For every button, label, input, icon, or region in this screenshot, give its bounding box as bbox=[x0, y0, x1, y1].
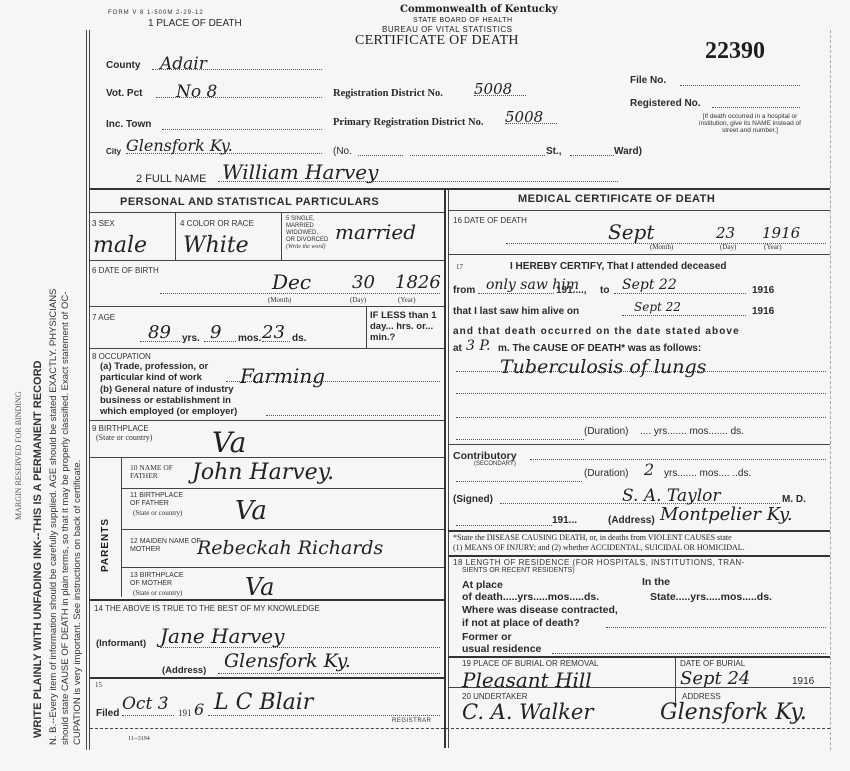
sex-value: male bbox=[93, 233, 147, 258]
cause-line-3 bbox=[456, 406, 826, 418]
dob-year-caption: (Year) bbox=[398, 296, 416, 304]
full-name-label: 2 FULL NAME bbox=[136, 173, 207, 185]
dob-year: 1826 bbox=[395, 272, 441, 293]
street-name-field bbox=[410, 146, 545, 156]
instructions-line-1: N. B.--Every item of information should … bbox=[48, 289, 59, 745]
occupation-field: Farming bbox=[226, 364, 440, 382]
date-of-death-label: 16 DATE OF DEATH bbox=[453, 216, 527, 225]
informant-address-label: (Address) bbox=[162, 665, 206, 676]
former-label-1: Former or bbox=[462, 631, 512, 643]
ds-label: ds. bbox=[292, 333, 306, 344]
divider bbox=[90, 677, 444, 679]
divider bbox=[90, 348, 444, 349]
marital-label-2: MARRIED bbox=[286, 223, 328, 230]
sign-date-field bbox=[456, 516, 552, 526]
race-label: 4 COLOR OR RACE bbox=[180, 219, 254, 228]
divider bbox=[281, 212, 282, 260]
registered-no-field bbox=[712, 96, 800, 108]
inc-town-field bbox=[162, 118, 322, 130]
last-saw-year: 1916 bbox=[752, 306, 774, 317]
contracted-label-1: Where was disease contracted, bbox=[462, 604, 618, 616]
former-residence-field bbox=[552, 644, 826, 654]
last-saw-field: Sept 22 bbox=[622, 298, 746, 316]
footnote-2: (1) MEANS OF INJURY; and (2) whether ACC… bbox=[453, 543, 745, 552]
personal-section-title: PERSONAL AND STATISTICAL PARTICULARS bbox=[120, 196, 379, 208]
filing-number: 15 bbox=[95, 681, 102, 689]
former-label-2: usual residence bbox=[462, 643, 541, 655]
city-field: Glensfork Ky. bbox=[126, 136, 322, 154]
in-state-label-2: State.....yrs.....mos.....ds. bbox=[650, 591, 772, 603]
registrar-value: L C Blair bbox=[214, 690, 313, 715]
form-footer: 11--3194 bbox=[128, 736, 150, 742]
father-name-label: 10 NAME OF FATHER bbox=[130, 464, 190, 480]
divider bbox=[90, 306, 444, 307]
divider bbox=[121, 529, 444, 530]
primary-reg-district-field: 5008 bbox=[505, 108, 557, 124]
divider bbox=[175, 212, 176, 260]
divider bbox=[448, 656, 830, 658]
commonwealth-heading: Commonwealth of Kentucky bbox=[400, 4, 558, 15]
informant-address-field: Glensfork Ky. bbox=[218, 650, 440, 674]
contributory-duration-label: (Duration) bbox=[584, 468, 628, 479]
duration-suffix: .... yrs....... mos....... ds. bbox=[640, 426, 744, 437]
inc-town-label: Inc. Town bbox=[106, 119, 151, 130]
file-no-label: File No. bbox=[630, 75, 666, 86]
to-field: Sept 22 bbox=[614, 276, 746, 294]
reg-district-field: 5008 bbox=[474, 80, 526, 96]
signed-label: (Signed) bbox=[453, 494, 493, 505]
informant-field: Jane Harvey bbox=[160, 624, 440, 648]
occurred-text: and that death occurred on the date stat… bbox=[453, 326, 740, 337]
informant-statement: 14 THE ABOVE IS TRUE TO THE BEST OF MY K… bbox=[94, 604, 320, 613]
filed-year-suffix: 6 bbox=[194, 700, 204, 719]
city-label: City bbox=[106, 147, 121, 156]
divider bbox=[448, 555, 830, 557]
informant-label: (Informant) bbox=[96, 638, 146, 649]
full-name-value: William Harvey bbox=[222, 160, 378, 184]
occupation-a: (a) Trade, profession, or bbox=[100, 361, 208, 372]
filed-year-prefix: 191 bbox=[178, 708, 192, 718]
age-days: 23 bbox=[262, 322, 285, 343]
age-label: 7 AGE bbox=[92, 313, 115, 322]
physician-address-label: (Address) bbox=[608, 515, 655, 526]
mother-birthplace-label: 13 BIRTHPLACE OF MOTHER bbox=[130, 572, 190, 588]
ward-label: Ward) bbox=[614, 146, 642, 157]
divider bbox=[90, 188, 830, 190]
divider bbox=[448, 530, 830, 532]
burial-place-value: Pleasant Hill bbox=[462, 668, 592, 692]
birthplace-label: 9 BIRTHPLACE bbox=[92, 424, 149, 433]
occupation-value: Farming bbox=[240, 364, 325, 388]
divider bbox=[90, 728, 830, 729]
age-years-field: 89 bbox=[140, 322, 180, 342]
reg-district-label: Registration District No. bbox=[333, 88, 443, 99]
marital-label-4: OR DIVORCED bbox=[286, 237, 328, 244]
form-code: FORM V 8 1-500M 2-29-12 bbox=[108, 10, 204, 16]
divider bbox=[90, 420, 444, 421]
death-year-caption: (Year) bbox=[764, 243, 782, 251]
occupation-b2: business or establishment in bbox=[100, 395, 231, 406]
dob-month: Dec bbox=[272, 270, 311, 294]
employer-field bbox=[266, 406, 440, 416]
no-label: (No. bbox=[333, 146, 352, 157]
from-label: from bbox=[453, 285, 475, 296]
instructions-line-2: should state CAUSE OF DEATH in plain ter… bbox=[60, 292, 71, 745]
border-line bbox=[89, 30, 90, 750]
burial-date-label: DATE OF BURIAL bbox=[680, 659, 745, 668]
dob-month-caption: (Month) bbox=[268, 296, 291, 304]
contracted-label-2: if not at place of death? bbox=[462, 617, 580, 629]
sign-year: 191... bbox=[552, 515, 577, 526]
binding-note: MARGIN RESERVED FOR BINDING bbox=[14, 392, 23, 520]
registrar-label: REGISTRAR bbox=[392, 718, 432, 724]
cause-value: Tuberculosis of lungs bbox=[500, 356, 706, 378]
residence-label-1: 18 LENGTH OF RESIDENCE (FOR HOSPITALS, I… bbox=[453, 558, 745, 567]
death-certificate: MARGIN RESERVED FOR BINDING WRITE PLAINL… bbox=[0, 0, 850, 771]
marital-label-5: (Write the word) bbox=[286, 244, 328, 251]
county-label: County bbox=[106, 60, 140, 71]
footnote-1: *State the DISEASE CAUSING DEATH, or, in… bbox=[453, 533, 732, 542]
informant-address-value: Glensfork Ky. bbox=[224, 650, 351, 672]
registered-no-label: Registered No. bbox=[630, 98, 701, 109]
certificate-number: 22390 bbox=[705, 38, 765, 65]
occupation-b3: which employed (or employer) bbox=[100, 406, 237, 417]
contributory-duration-years: 2 bbox=[644, 460, 654, 479]
city-value: Glensfork Ky. bbox=[126, 136, 233, 155]
to-label: to bbox=[600, 285, 609, 296]
column-divider bbox=[444, 188, 446, 748]
cause-text: m. The CAUSE OF DEATH* was as follows: bbox=[498, 343, 701, 354]
vot-pct-field: No 8 bbox=[156, 82, 322, 98]
filed-date-field: Oct 3 bbox=[122, 694, 174, 716]
contracted-field bbox=[606, 618, 826, 628]
contributory-duration-field bbox=[456, 470, 582, 482]
burial-place-label: 19 PLACE OF BURIAL OR REMOVAL bbox=[462, 659, 598, 668]
primary-reg-district-value: 5008 bbox=[505, 108, 543, 126]
at-place-label-1: At place bbox=[462, 579, 503, 591]
filed-label: Filed bbox=[96, 708, 119, 719]
secondary-label: (SECONDARY) bbox=[474, 461, 516, 467]
burial-date-value: Sept 24 bbox=[680, 668, 750, 689]
border-line bbox=[830, 30, 831, 750]
county-field: Adair bbox=[152, 54, 322, 70]
from-field: only saw him bbox=[478, 276, 554, 294]
divider bbox=[90, 599, 444, 601]
last-saw-value: Sept 22 bbox=[634, 300, 681, 314]
full-name-field: William Harvey bbox=[218, 160, 618, 182]
divider bbox=[90, 260, 444, 261]
divider bbox=[448, 687, 830, 688]
father-birthplace-value: Va bbox=[235, 496, 267, 526]
divider bbox=[366, 306, 367, 348]
marital-label-3: WIDOWED, bbox=[286, 230, 328, 237]
physician-address-value: Montpelier Ky. bbox=[660, 504, 793, 525]
hospital-note: [If death occurred in a hospital or inst… bbox=[695, 113, 805, 134]
divider bbox=[448, 254, 830, 255]
vot-pct-label: Vot. Pct bbox=[106, 88, 142, 99]
divider bbox=[121, 488, 444, 489]
signed-field: S. A. Taylor bbox=[500, 486, 780, 504]
county-value: Adair bbox=[160, 54, 207, 74]
duration-label: (Duration) bbox=[584, 426, 628, 437]
signed-value: S. A. Taylor bbox=[622, 486, 721, 506]
ink-note: WRITE PLAINLY WITH UNFADING INK--THIS IS… bbox=[32, 361, 44, 738]
father-name-value: John Harvey. bbox=[192, 460, 334, 485]
place-of-death-label: 1 PLACE OF DEATH bbox=[148, 18, 242, 29]
binding-margin: MARGIN RESERVED FOR BINDING WRITE PLAINL… bbox=[0, 0, 90, 771]
at-place-label-2: of death.....yrs.....mos.....ds. bbox=[462, 591, 599, 603]
border-line bbox=[86, 30, 87, 750]
divider bbox=[90, 212, 444, 213]
at-label: at bbox=[453, 343, 462, 354]
race-value: White bbox=[183, 233, 249, 258]
age-years: 89 bbox=[148, 322, 171, 343]
occupation-label: 8 OCCUPATION bbox=[92, 352, 151, 361]
registrar-field: L C Blair bbox=[208, 690, 440, 716]
marital-label-1: 5 SINGLE, bbox=[286, 216, 328, 223]
in-state-label-1: In the bbox=[642, 576, 670, 588]
yrs-label: yrs. bbox=[182, 333, 200, 344]
duration-field bbox=[456, 428, 584, 440]
certify-number: 17 bbox=[456, 263, 463, 271]
informant-value: Jane Harvey bbox=[160, 624, 284, 648]
death-month-caption: (Month) bbox=[650, 243, 673, 251]
marital-label: 5 SINGLE, MARRIED WIDOWED, OR DIVORCED (… bbox=[286, 216, 328, 251]
dob-day: 30 bbox=[352, 272, 375, 293]
father-birthplace-label: 11 BIRTHPLACE OF FATHER bbox=[130, 492, 190, 508]
file-no-field bbox=[680, 74, 800, 86]
age-months-field: 9 bbox=[204, 322, 236, 342]
birthplace-value: Va bbox=[212, 426, 246, 459]
st-label: St., bbox=[546, 146, 562, 157]
divider bbox=[448, 444, 830, 445]
cause-line-1: Tuberculosis of lungs bbox=[456, 356, 826, 372]
less-than-day-note: IF LESS than 1 day... hrs. or... min.? bbox=[370, 310, 440, 343]
to-year: 1916 bbox=[752, 285, 774, 296]
ward-field bbox=[570, 146, 614, 156]
undertaker-address-value: Glensfork Ky. bbox=[660, 700, 807, 725]
divider bbox=[121, 567, 444, 568]
occupation-b: (b) General nature of industry bbox=[100, 384, 234, 395]
burial-year: 1916 bbox=[792, 676, 814, 687]
time-value: 3 P. bbox=[466, 338, 490, 354]
contributory-duration-suffix: yrs....... mos.... ..ds. bbox=[664, 468, 751, 479]
residence-label-2: SIENTS OR RECENT RESIDENTS) bbox=[462, 567, 575, 574]
occupation-a2: particular kind of work bbox=[100, 372, 202, 383]
cause-line-2 bbox=[456, 382, 826, 394]
marital-value: married bbox=[335, 220, 416, 244]
medical-section-title: MEDICAL CERTIFICATE OF DEATH bbox=[518, 193, 715, 205]
board-heading: STATE BOARD OF HEALTH bbox=[413, 17, 513, 24]
divider bbox=[121, 457, 122, 597]
filed-date: Oct 3 bbox=[122, 694, 169, 714]
contributory-field bbox=[530, 450, 826, 460]
sex-label: 3 SEX bbox=[92, 219, 115, 228]
dob-day-caption: (Day) bbox=[350, 296, 366, 304]
certify-text: I HEREBY CERTIFY, That I attended deceas… bbox=[510, 261, 727, 272]
father-birthplace-sub: (State or country) bbox=[133, 509, 182, 517]
last-saw-label: that I last saw him alive on bbox=[453, 306, 579, 317]
parents-side-label: PARENTS bbox=[100, 518, 111, 572]
death-year: 1916 bbox=[762, 224, 800, 242]
death-day: 23 bbox=[716, 224, 735, 242]
divider bbox=[675, 656, 676, 706]
birthplace-sub: (State or country) bbox=[96, 433, 152, 442]
age-days-field: 23 bbox=[262, 322, 290, 342]
mother-birthplace-value: Va bbox=[245, 573, 274, 601]
from-year: 191...., bbox=[556, 285, 587, 296]
vot-pct-value: No 8 bbox=[176, 82, 217, 102]
undertaker-value: C. A. Walker bbox=[462, 700, 593, 724]
mother-name-value: Rebeckah Richards bbox=[197, 537, 383, 559]
certificate-title: CERTIFICATE OF DEATH bbox=[355, 33, 519, 49]
death-month: Sept bbox=[608, 220, 654, 244]
death-day-caption: (Day) bbox=[720, 243, 736, 251]
dob-label: 6 DATE OF BIRTH bbox=[92, 266, 159, 275]
street-number-field bbox=[358, 146, 403, 156]
mos-label: mos. bbox=[238, 333, 261, 344]
mother-birthplace-sub: (State or country) bbox=[133, 589, 182, 597]
divider bbox=[90, 457, 444, 458]
divider bbox=[448, 210, 830, 211]
instructions-line-3: CUPATION is very important. See instruct… bbox=[72, 460, 83, 745]
primary-reg-district-label: Primary Registration District No. bbox=[333, 117, 483, 128]
column-divider bbox=[448, 188, 449, 748]
reg-district-value: 5008 bbox=[474, 80, 512, 98]
to-value: Sept 22 bbox=[622, 277, 677, 293]
age-months: 9 bbox=[210, 322, 221, 343]
